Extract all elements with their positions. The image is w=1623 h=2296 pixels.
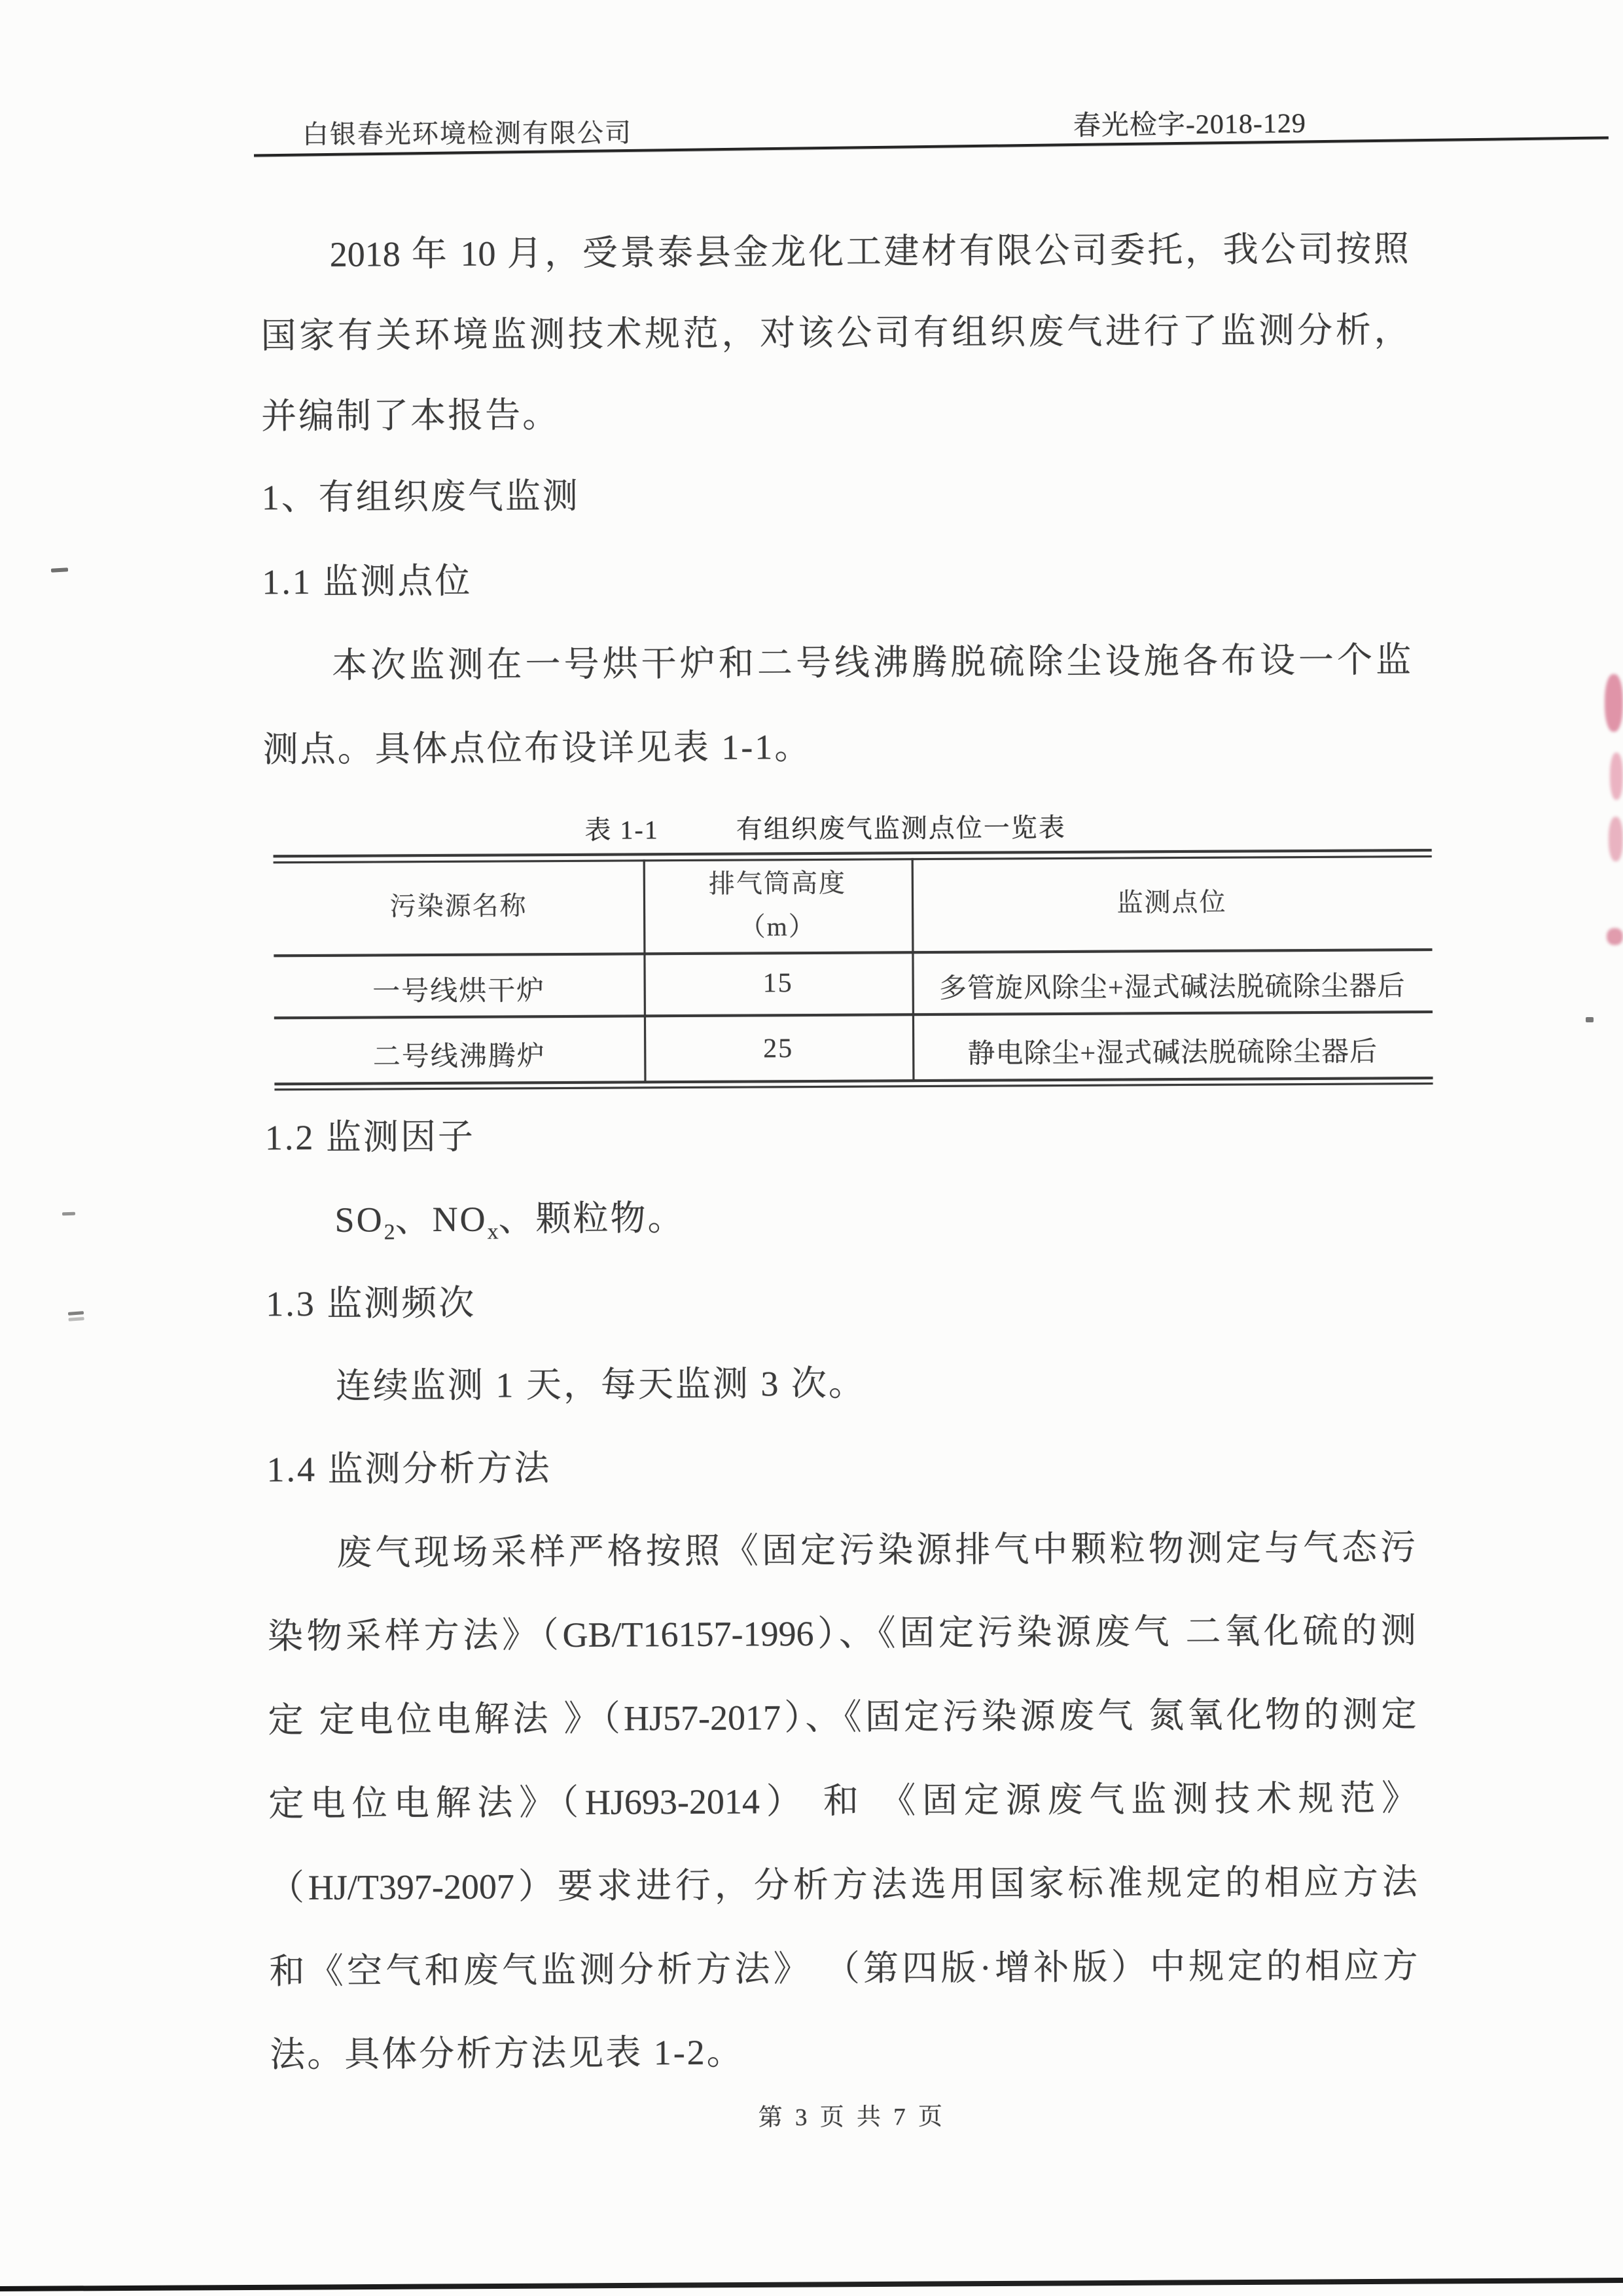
table-caption-gap	[659, 838, 736, 839]
paragraph-line: 连续监测 1 天，每天监测 3 次。	[266, 1359, 1415, 1407]
table-row-separator	[274, 1011, 1433, 1019]
cell-stack-height: 25	[644, 1032, 912, 1065]
factors-no-subscript: x	[488, 1220, 499, 1244]
section-heading-1-1: 1.1 监测点位	[262, 555, 1410, 603]
paragraph-line: 本次监测在一号烘干炉和二号线沸腾脱硫除尘设施各布设一个监	[262, 639, 1411, 687]
table-caption-label: 表 1-1	[584, 815, 659, 845]
column-header-stack-height: 排气筒高度	[643, 862, 912, 901]
table-header-separator	[274, 948, 1432, 957]
paragraph-line: 国家有关环境监测技术规范，对该公司有组织废气进行了监测分析，	[260, 309, 1409, 357]
header-document-number: 春光检字-2018-129	[1073, 101, 1306, 143]
red-ink-stain	[1607, 928, 1623, 945]
section-heading-1: 1、有组织废气监测	[262, 471, 1410, 518]
cell-monitoring-point: 多管旋风除尘+湿式碱法脱硫除尘器后	[912, 964, 1433, 1006]
paragraph-line: 染物采样方法》（GB/T16157-1996）、《固定污染源废气 二氧化硫的测	[268, 1609, 1416, 1657]
scanned-report-page: 白银春光环境检测有限公司 春光检字-2018-129 2018 年 10 月，受…	[0, 0, 1623, 2296]
monitoring-factors-line: SO2、NOx、颗粒物。	[265, 1193, 1414, 1254]
factors-so: SO	[334, 1200, 383, 1239]
section-heading-1-2: 1.2 监测因子	[265, 1111, 1414, 1158]
page-content: 白银春光环境检测有限公司 春光检字-2018-129 2018 年 10 月，受…	[0, 0, 1623, 2296]
table-caption-title: 有组织废气监测点位一览表	[736, 813, 1066, 844]
cell-stack-height: 15	[644, 967, 912, 999]
red-ink-stain	[1610, 753, 1623, 800]
cell-monitoring-point: 静电除尘+湿式碱法脱硫除尘器后	[912, 1030, 1433, 1071]
cell-source: 一号线烘干炉	[274, 968, 644, 1009]
column-header-stack-height-unit: （m）	[643, 905, 912, 944]
red-ink-stain	[1605, 674, 1623, 732]
paragraph-line: 法。具体分析方法见表 1-2。	[270, 2028, 1418, 2075]
ink-speck	[1586, 1017, 1594, 1022]
paragraph-line: 定 定电位电解法 》（HJ57-2017）、《固定污染源废气 氮氧化物的测定	[268, 1693, 1416, 1741]
paragraph-line: 测点。具体点位布设详见表 1-1。	[263, 723, 1412, 770]
paragraph-line: 和《空气和废气监测分析方法》 （第四版·增补版）中规定的相应方	[269, 1945, 1418, 1992]
section-heading-1-4: 1.4 监测分析方法	[266, 1443, 1415, 1490]
paragraph-line: 2018 年 10 月，受景泰县金龙化工建材有限公司委托，我公司按照	[260, 228, 1409, 276]
ink-speck	[62, 1212, 75, 1216]
paragraph-line: （HJ/T397-2007）要求进行，分析方法选用国家标准规定的相应方法	[269, 1861, 1418, 1909]
header-company-name: 白银春光环境检测有限公司	[302, 112, 632, 151]
factors-no: 、NO	[395, 1200, 487, 1240]
paragraph-line: 废气现场采样严格按照《固定污染源排气中颗粒物测定与气态污	[267, 1526, 1416, 1574]
footer-page-number: 第 3 页 共 7 页	[758, 2096, 946, 2132]
paragraph-line: 并编制了本报告。	[261, 389, 1410, 437]
monitoring-points-table: 污染源名称 排气筒高度 （m） 监测点位 一号线烘干炉 15 多管旋风除尘+湿式…	[274, 849, 1433, 1092]
column-header-monitoring-point: 监测点位	[912, 880, 1432, 920]
cell-source: 二号线沸腾炉	[274, 1033, 644, 1075]
red-ink-stain	[1609, 817, 1623, 861]
table-caption: 表 1-1有组织废气监测点位一览表	[584, 807, 1066, 847]
column-header-pollution-source: 污染源名称	[274, 884, 643, 924]
factors-particulate: 、颗粒物。	[498, 1198, 685, 1238]
factors-so-subscript: 2	[384, 1220, 395, 1244]
section-heading-1-3: 1.3 监测频次	[266, 1277, 1414, 1325]
paragraph-line: 定电位电解法》（HJ693-2014） 和 《固定源废气监测技术规范》	[268, 1777, 1417, 1825]
